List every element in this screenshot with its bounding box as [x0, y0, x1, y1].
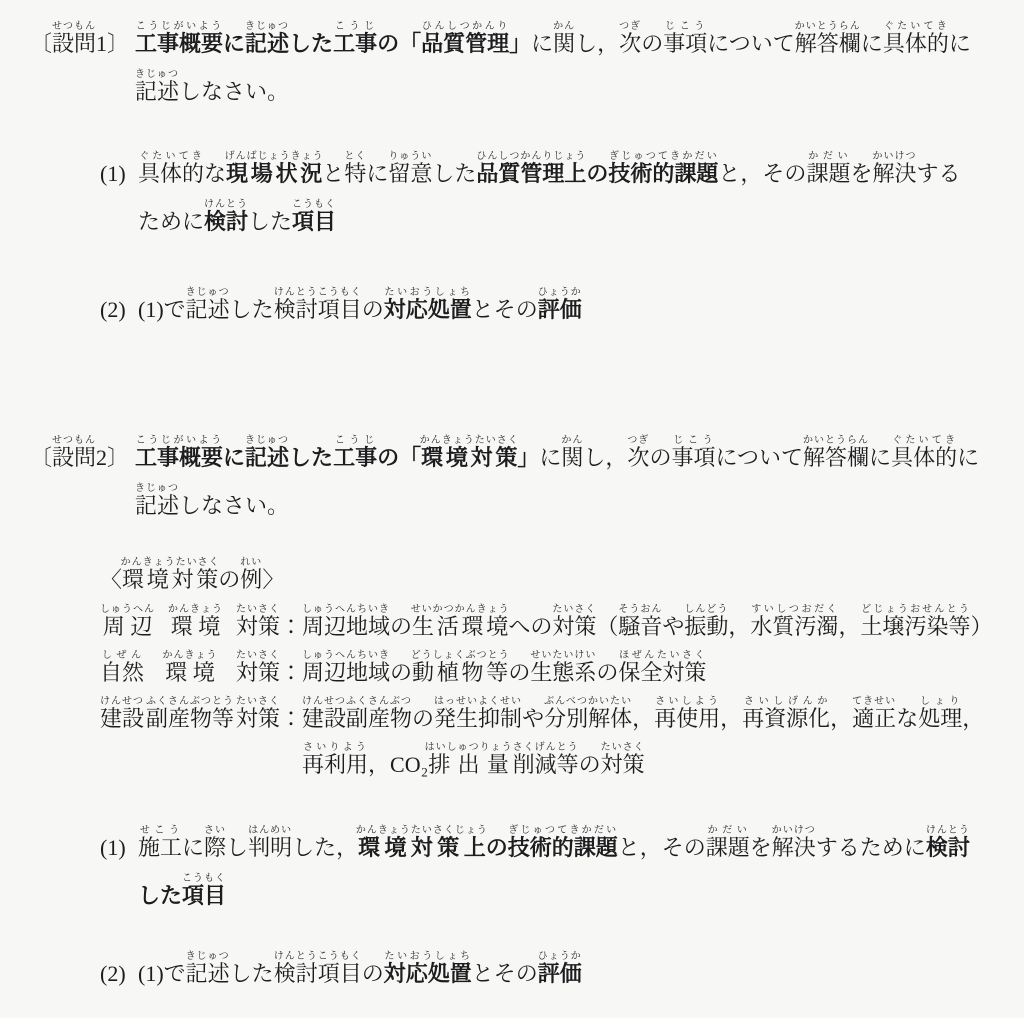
item-text-line: (1)で記述きじゅつした検討項目けんとうこうもくの対応処置たいおうしょちとその評…: [138, 950, 1014, 998]
question-1-intro-line-1: 工事概要こうじがいように記述きじゅつした工事こうじの「品質管理ひんしつかんり」に…: [135, 20, 1014, 68]
example-definition-row: 自然しぜん環境かんきょう対策たいさく：周辺地域しゅうへんちいきの動植物等どうしょ…: [100, 650, 1014, 696]
definition-body: ：周辺地域しゅうへんちいきの動植物等どうしょくぶつとうの生態系せいたいけいの保全…: [280, 660, 706, 685]
item-text: 施工せこうに際さいし判明はんめいした，環境対策上かんきょうたいさくじょうの技術的…: [138, 824, 1014, 920]
item-text: (1)で記述きじゅつした検討項目けんとうこうもくの対応処置たいおうしょちとその評…: [138, 950, 1014, 998]
question-2-header: 〔設問せつもん2〕 工事概要こうじがいように記述きじゅつした工事こうじの「環境対…: [30, 434, 1014, 530]
item-marker: (1): [100, 150, 138, 246]
question-1-intro: 工事概要こうじがいように記述きじゅつした工事こうじの「品質管理ひんしつかんり」に…: [135, 20, 1014, 116]
item-text-line: 施工せこうに際さいし判明はんめいした，環境対策上かんきょうたいさくじょうの技術的…: [138, 824, 1014, 872]
definition-body: ：建設副産物けんせつふくさんぶつの発生抑制はっせいよくせいや分別解体ぶんべつかい…: [280, 706, 984, 731]
definition-continuation-line: 再利用さいりよう，CO₂排出量はいしゅつりょう削減等さくげんとうの対策たいさく: [100, 742, 1014, 788]
question-2-intro-line-2: 記述きじゅつしなさい。: [135, 482, 1014, 530]
question-1-label: 〔設問せつもん1〕: [30, 20, 135, 116]
exam-question-page: 〔設問せつもん1〕 工事概要こうじがいように記述きじゅつした工事こうじの「品質管…: [0, 0, 1024, 998]
question-2-item-2: (2) (1)で記述きじゅつした検討項目けんとうこうもくの対応処置たいおうしょち…: [100, 950, 1014, 998]
question-2-intro: 工事概要こうじがいように記述きじゅつした工事こうじの「環境対策かんきょうたいさく…: [135, 434, 1014, 530]
definition-term: 周辺しゅうへん環境かんきょう対策たいさく: [100, 604, 280, 650]
item-text-line: した項目こうもく: [138, 872, 1014, 920]
item-marker: (2): [100, 950, 138, 998]
question-2-item-1: (1) 施工せこうに際さいし判明はんめいした，環境対策上かんきょうたいさくじょう…: [100, 824, 1014, 920]
question-1-section: 〔設問せつもん1〕 工事概要こうじがいように記述きじゅつした工事こうじの「品質管…: [30, 20, 1014, 334]
definition-term: 自然しぜん環境かんきょう対策たいさく: [100, 650, 280, 696]
item-text-line: 具体的ぐたいてきな現場状況げんばじょうきょうと特とくに留意りゅういした品質管理上…: [138, 150, 1014, 198]
environment-examples-block: 〈環境対策かんきょうたいさくの例れい〉 周辺しゅうへん環境かんきょう対策たいさく…: [100, 556, 1014, 788]
definition-term: 建設けんせつ副産物等ふくさんぶつとう対策たいさく: [100, 696, 280, 742]
item-text: (1)で記述きじゅつした検討項目けんとうこうもくの対応処置たいおうしょちとその評…: [138, 286, 1014, 334]
item-marker: (2): [100, 286, 138, 334]
item-marker: (1): [100, 824, 138, 920]
item-text: 具体的ぐたいてきな現場状況げんばじょうきょうと特とくに留意りゅういした品質管理上…: [138, 150, 1014, 246]
question-1-intro-line-2: 記述きじゅつしなさい。: [135, 68, 1014, 116]
example-definition-row: 建設けんせつ副産物等ふくさんぶつとう対策たいさく：建設副産物けんせつふくさんぶつ…: [100, 696, 1014, 742]
example-definition-row: 周辺しゅうへん環境かんきょう対策たいさく：周辺地域しゅうへんちいきの生活環境せい…: [100, 604, 1014, 650]
question-2-label: 〔設問せつもん2〕: [30, 434, 135, 530]
question-1-item-2: (2) (1)で記述きじゅつした検討項目けんとうこうもくの対応処置たいおうしょち…: [100, 286, 1014, 334]
question-1-item-1: (1) 具体的ぐたいてきな現場状況げんばじょうきょうと特とくに留意りゅういした品…: [100, 150, 1014, 246]
examples-heading: 〈環境対策かんきょうたいさくの例れい〉: [100, 556, 1014, 604]
item-text-line: (1)で記述きじゅつした検討項目けんとうこうもくの対応処置たいおうしょちとその評…: [138, 286, 1014, 334]
question-2-intro-line-1: 工事概要こうじがいように記述きじゅつした工事こうじの「環境対策かんきょうたいさく…: [135, 434, 1014, 482]
definition-body: ：周辺地域しゅうへんちいきの生活環境せいかつかんきょうへの対策たいさく（騒音そう…: [280, 614, 992, 639]
question-1-header: 〔設問せつもん1〕 工事概要こうじがいように記述きじゅつした工事こうじの「品質管…: [30, 20, 1014, 116]
question-2-section: 〔設問せつもん2〕 工事概要こうじがいように記述きじゅつした工事こうじの「環境対…: [30, 434, 1014, 998]
item-text-line: ために検討けんとうした項目こうもく: [138, 198, 1014, 246]
